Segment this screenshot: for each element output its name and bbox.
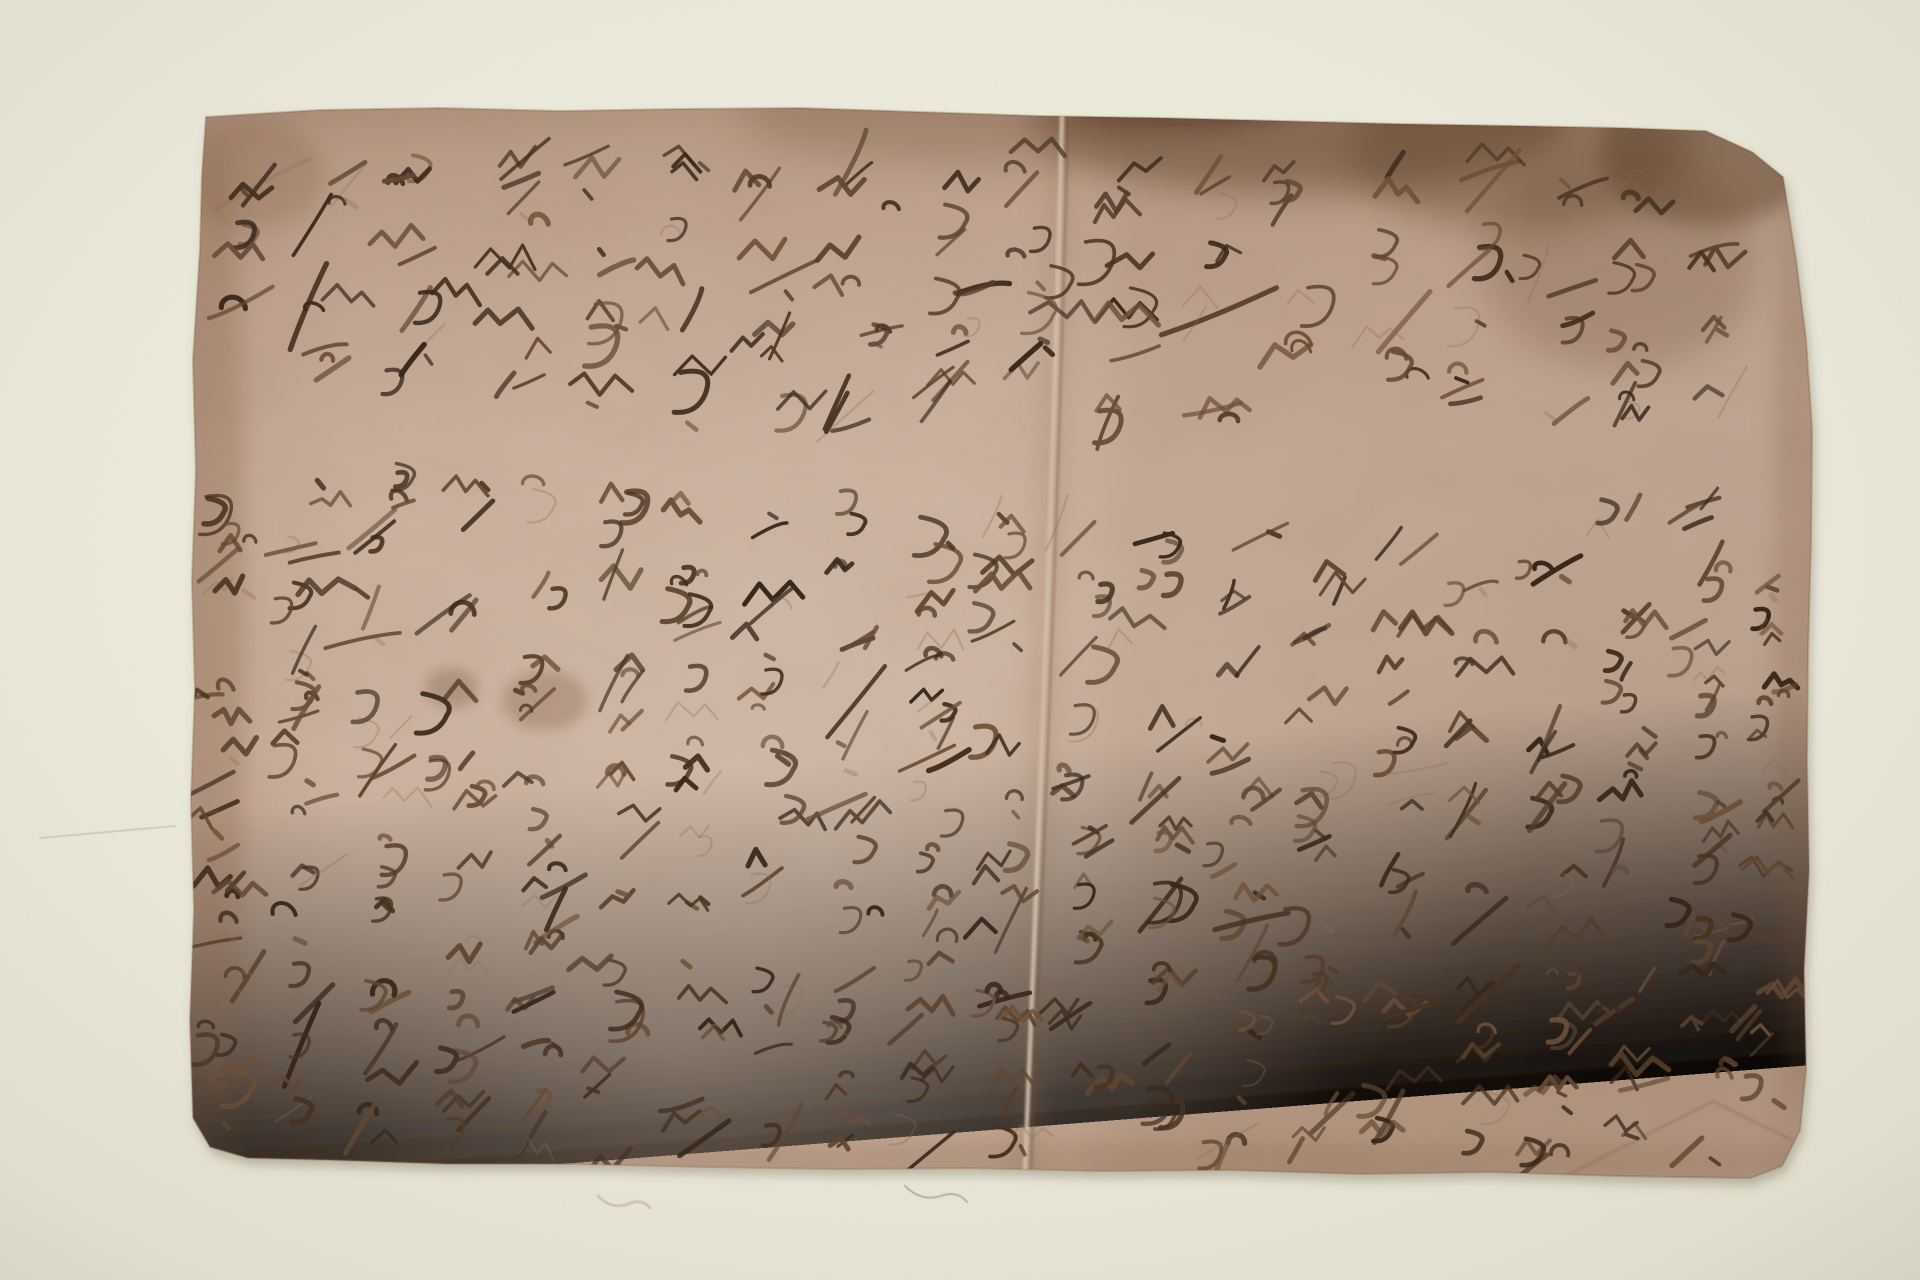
paper-surface xyxy=(175,43,1825,1190)
photo-of-letter xyxy=(0,0,1920,1280)
letter-photograph xyxy=(0,0,1920,1280)
paper-grain-texture xyxy=(185,100,1825,1190)
